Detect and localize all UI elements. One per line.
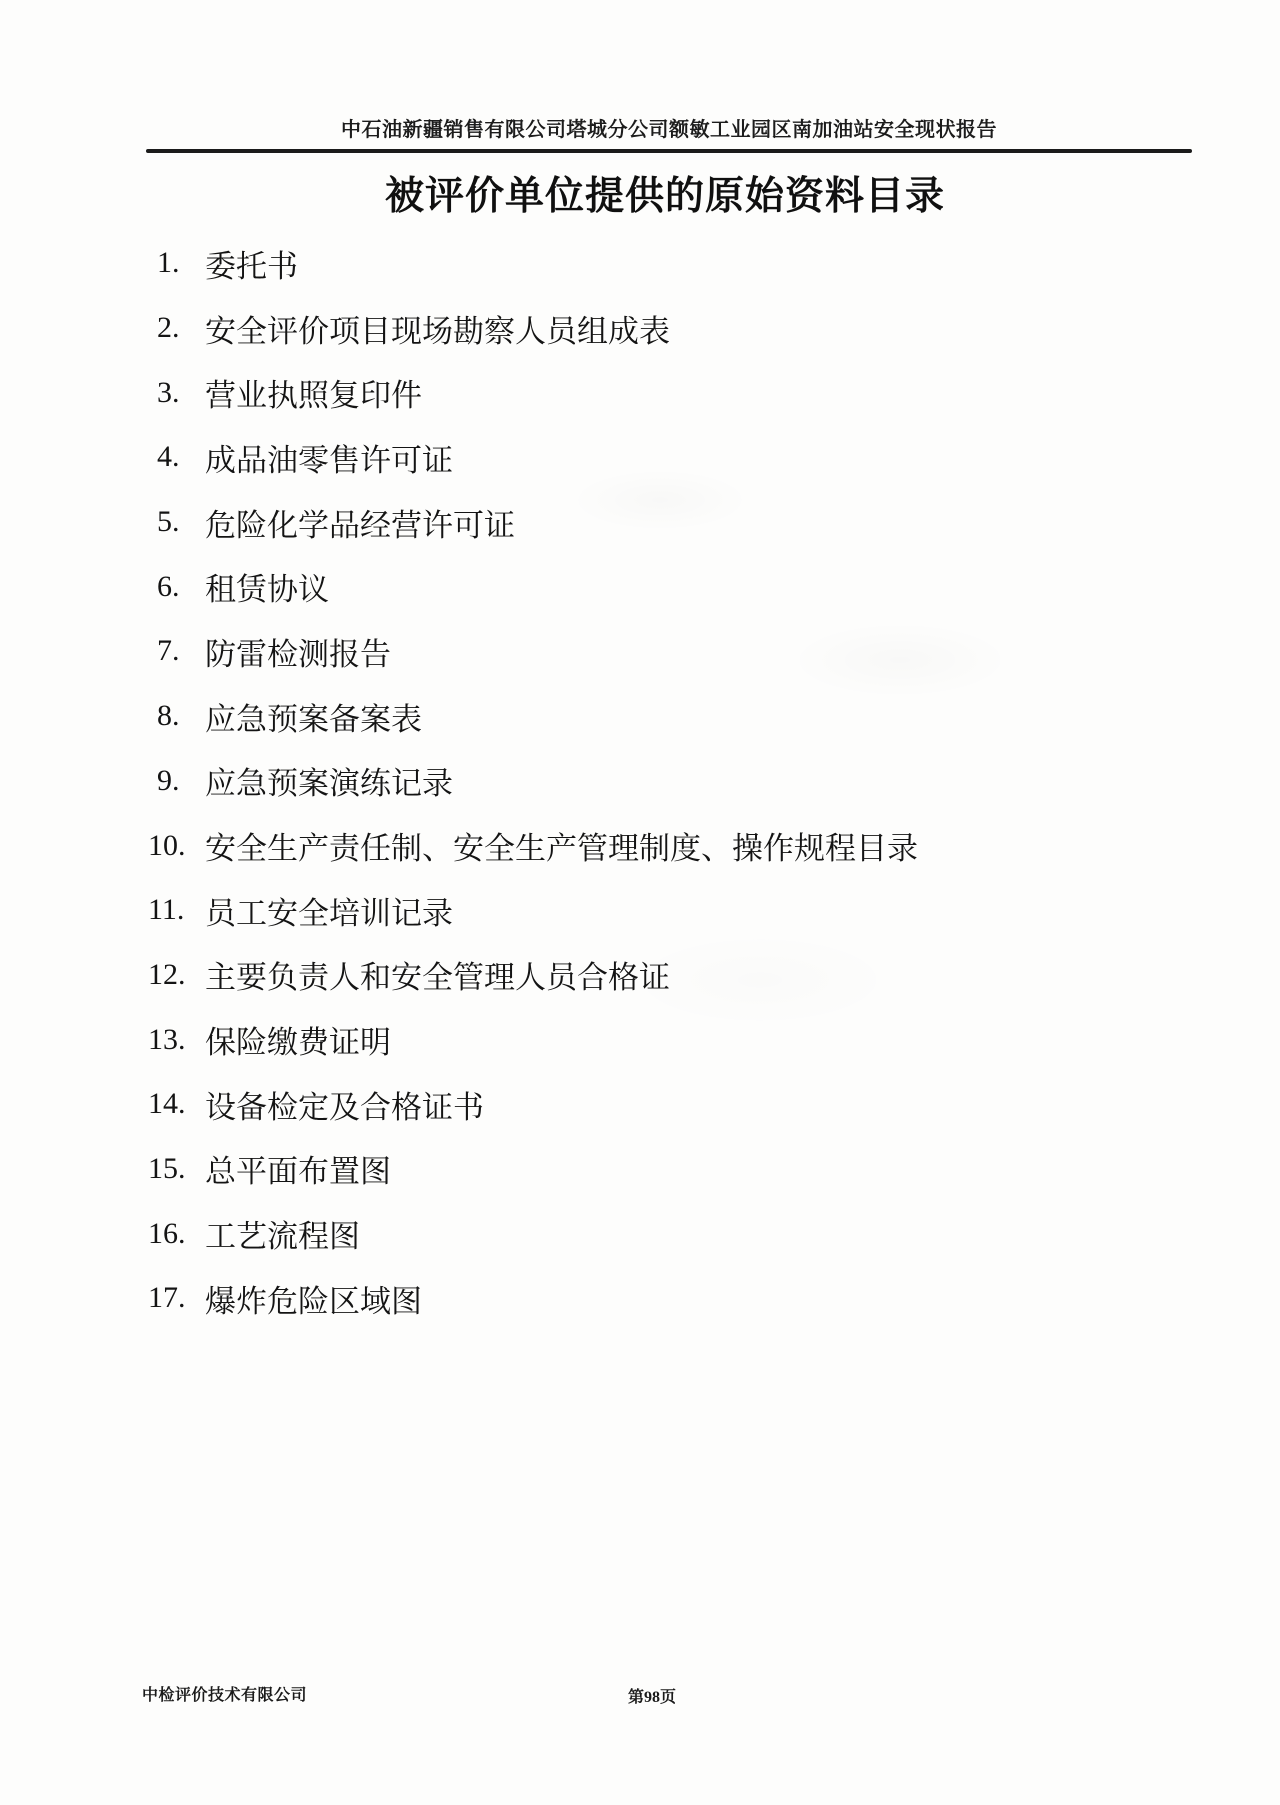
item-number: 8.	[148, 699, 205, 733]
item-number: 16.	[148, 1217, 205, 1251]
item-number: 2.	[148, 311, 205, 345]
item-number: 12.	[148, 958, 205, 992]
item-label: 总平面布置图	[205, 1146, 391, 1191]
item-number: 11.	[148, 893, 205, 927]
list-item: 2. 安全评价项目现场勘察人员组成表	[148, 296, 1148, 361]
item-label: 设备检定及合格证书	[205, 1082, 484, 1127]
item-number: 14.	[148, 1087, 205, 1121]
list-item: 8. 应急预案备案表	[148, 684, 1148, 749]
item-label: 防雷检测报告	[205, 629, 391, 674]
list-item: 7. 防雷检测报告	[148, 619, 1148, 684]
list-item: 9. 应急预案演练记录	[148, 749, 1148, 814]
list-item: 10. 安全生产责任制、安全生产管理制度、操作规程目录	[148, 813, 1148, 878]
item-number: 5.	[148, 505, 205, 539]
list-item: 11. 员工安全培训记录	[148, 878, 1148, 943]
item-label: 员工安全培训记录	[205, 888, 453, 933]
item-number: 15.	[148, 1152, 205, 1186]
item-label: 应急预案备案表	[205, 694, 422, 739]
item-number: 1.	[148, 246, 205, 280]
item-label: 成品油零售许可证	[205, 435, 453, 480]
item-label: 委托书	[205, 241, 298, 286]
list-item: 6. 租赁协议	[148, 554, 1148, 619]
list-item: 5. 危险化学品经营许可证	[148, 490, 1148, 555]
header-rule	[146, 149, 1192, 153]
footer-page-number: 第98页	[628, 1684, 676, 1707]
item-number: 3.	[148, 376, 205, 410]
list-item: 4. 成品油零售许可证	[148, 425, 1148, 490]
item-number: 4.	[148, 440, 205, 474]
list-item: 12. 主要负责人和安全管理人员合格证	[148, 943, 1148, 1008]
item-number: 17.	[148, 1281, 205, 1315]
item-number: 6.	[148, 570, 205, 604]
list-item: 16. 工艺流程图	[148, 1201, 1148, 1266]
list-item: 13. 保险缴费证明	[148, 1007, 1148, 1072]
document-list: 1. 委托书 2. 安全评价项目现场勘察人员组成表 3. 营业执照复印件 4. …	[148, 231, 1148, 1331]
item-label: 工艺流程图	[205, 1211, 360, 1256]
item-number: 13.	[148, 1023, 205, 1057]
page-title: 被评价单位提供的原始资料目录	[0, 165, 1280, 221]
item-label: 危险化学品经营许可证	[205, 500, 515, 545]
item-number: 9.	[148, 764, 205, 798]
report-header: 中石油新疆销售有限公司塔城分公司额敏工业园区南加油站安全现状报告	[0, 113, 1280, 142]
item-label: 安全生产责任制、安全生产管理制度、操作规程目录	[205, 823, 918, 868]
item-number: 7.	[148, 634, 205, 668]
item-label: 主要负责人和安全管理人员合格证	[205, 952, 670, 997]
item-label: 营业执照复印件	[205, 370, 422, 415]
document-page: 中石油新疆销售有限公司塔城分公司额敏工业园区南加油站安全现状报告 被评价单位提供…	[0, 0, 1280, 1805]
list-item: 15. 总平面布置图	[148, 1137, 1148, 1202]
item-label: 租赁协议	[205, 564, 329, 609]
list-item: 1. 委托书	[148, 231, 1148, 296]
item-label: 安全评价项目现场勘察人员组成表	[205, 306, 670, 351]
list-item: 17. 爆炸危险区域图	[148, 1266, 1148, 1331]
item-number: 10.	[148, 829, 205, 863]
list-item: 14. 设备检定及合格证书	[148, 1072, 1148, 1137]
item-label: 保险缴费证明	[205, 1017, 391, 1062]
list-item: 3. 营业执照复印件	[148, 360, 1148, 425]
footer-company: 中检评价技术有限公司	[142, 1682, 307, 1705]
item-label: 爆炸危险区域图	[205, 1276, 422, 1321]
item-label: 应急预案演练记录	[205, 758, 453, 803]
